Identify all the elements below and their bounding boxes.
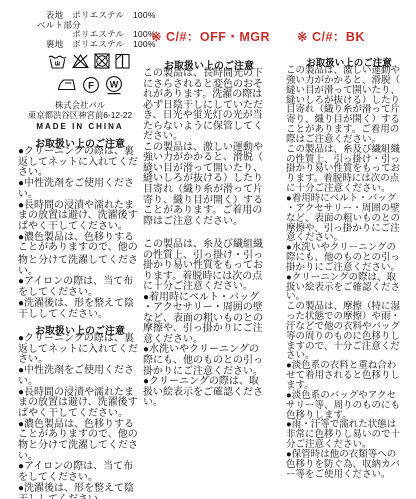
country-of-origin: MADE IN CHINA <box>18 122 142 132</box>
line-dry-in-shade-icon <box>115 53 130 69</box>
fabric-composition: 表地 ポリエステル 100% ベルト部分 ポリエステル 100% 裏地 ポリエス… <box>37 11 156 49</box>
company-address: 東京都渋谷区神宮前6-12-22 <box>18 111 142 121</box>
care-symbols-row2: FW <box>57 75 123 95</box>
wet-clean-w-icon: W <box>105 75 123 95</box>
care-body-1: ●クリーニングの際は、裏 返してネットに入れてくだ さい。 ●中性洗剤をご使用く… <box>18 147 138 254</box>
iron-icon <box>57 78 77 92</box>
care-continuation-1: 物と分けて洗濯してくださ い。 ●アイロンの際は、当て布 をしてください。 ●洗… <box>18 256 138 320</box>
care-text-right: この製品は、激しい運動や 強い力がかかると、滑脱（ 縫い目が滑って開いたり、 縫… <box>286 66 400 479</box>
care-label-sheet: 表地 ポリエステル 100% ベルト部分 ポリエステル 100% 裏地 ポリエス… <box>0 0 416 499</box>
svg-text:W: W <box>110 79 119 89</box>
no-tumble-dry-icon <box>94 53 110 69</box>
care-continuation-2: 物と分けて洗濯してくださ い。 ●アイロンの際は、当て布 をしてください。 ●洗… <box>18 441 138 499</box>
svg-text:F: F <box>88 80 94 91</box>
colorway-header-off-mgr: ※ C/#：OFF・MGR <box>151 27 270 45</box>
maker-block: 株式会社パル 東京都渋谷区神宮前6-12-22 MADE IN CHINA <box>18 101 142 132</box>
colorway-header-bk: ※ C/#：BK <box>297 27 365 45</box>
care-text-middle-1: この製品は、長時間光の下 にさらされると変色のおそ れがあります。洗濯の際は 必… <box>143 69 263 227</box>
dry-clean-f-icon: F <box>82 76 100 94</box>
care-text-middle-2: この製品は、糸及び繊組織 の性質上、引っ掛け・引っ 掛かり易い性質をもってお り… <box>143 240 263 409</box>
no-bleach-icon <box>72 53 89 69</box>
care-body-2: ●クリーニングの際は、裏 返してネットに入れてくだ さい。 ●中性洗剤をご使用く… <box>18 334 138 441</box>
hand-wash-icon <box>48 52 67 69</box>
care-symbols-row1 <box>48 52 130 69</box>
